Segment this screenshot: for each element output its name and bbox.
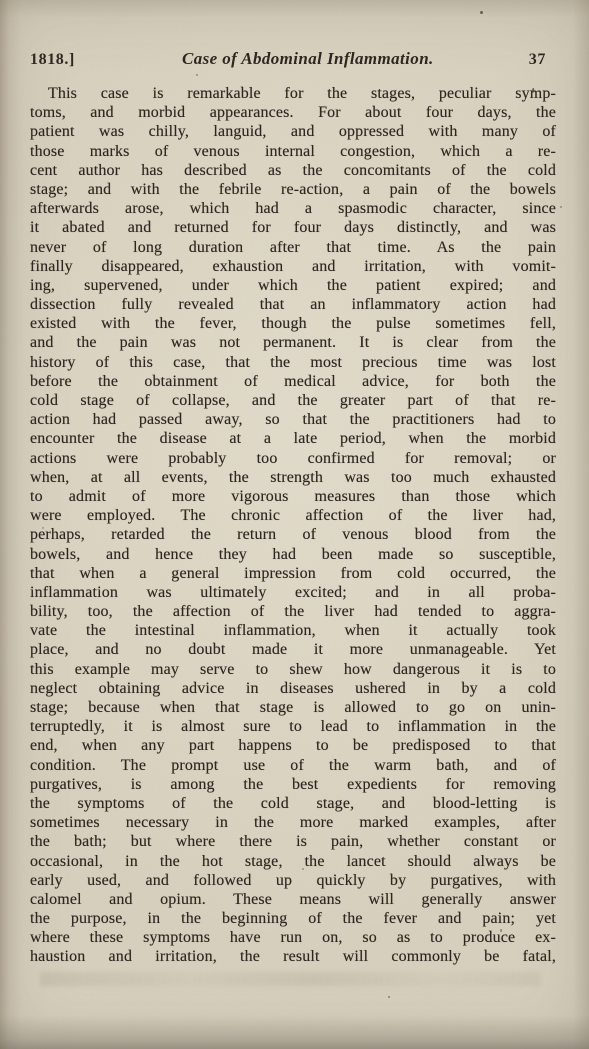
text-line: cold stage of collapse, and the greater … (30, 391, 556, 410)
running-title: Case of Abdominal Inflammation. (182, 49, 434, 69)
text-line: place, and no doubt made it more unmanag… (30, 640, 556, 659)
text-line: ing, supervened, under which the patient… (30, 276, 556, 295)
paper-speck (388, 996, 390, 998)
body-text: This case is remarkable for the stages, … (30, 84, 556, 967)
text-line: never of long duration after that time. … (30, 238, 556, 257)
text-line: actions were probably too confirmed for … (30, 449, 556, 468)
text-line: toms, and morbid appearances. For about … (30, 103, 556, 122)
page-header: 1818.] Case of Abdominal Inflammation. 3… (30, 49, 546, 69)
text-line: that when a general impression from cold… (30, 564, 556, 583)
text-line: this example may serve to shew how dange… (30, 660, 556, 679)
text-line: finally disappeared, exhaustion and irri… (30, 257, 556, 276)
text-line: patient was chilly, languid, and oppress… (30, 122, 556, 141)
paper-speck (560, 206, 562, 208)
text-line: vate the intestinal inflammation, when i… (30, 621, 556, 640)
text-line: This case is remarkable for the stages, … (30, 84, 556, 103)
text-line: it abated and returned for four days dis… (30, 218, 556, 237)
reverse-page-show-through (40, 972, 540, 986)
text-line: end, when any part happens to be predisp… (30, 736, 556, 755)
text-line: calomel and opium. These means will gene… (30, 890, 556, 909)
text-line: sometimes necessary in the more marked e… (30, 813, 556, 832)
text-line: existed with the fever, though the pulse… (30, 314, 556, 333)
text-line: haustion and irritation, the result will… (30, 947, 556, 966)
text-line: encounter the disease at a late period, … (30, 429, 556, 448)
text-line: where these symptoms have run on, so as … (30, 928, 556, 947)
text-line: stage; and with the febrile re-action, a… (30, 180, 556, 199)
text-line: occasional, in the hot stage, the lancet… (30, 852, 556, 871)
text-line: bowels, and hence they had been made so … (30, 545, 556, 564)
text-line: the bath; but where there is pain, wheth… (30, 832, 556, 851)
text-line: bility, too, the affection of the liver … (30, 602, 556, 621)
page-number: 37 (529, 51, 546, 69)
paper-speck (480, 11, 483, 14)
paper-speck (196, 74, 198, 76)
text-line: dissection fully revealed that an inflam… (30, 295, 556, 314)
text-line: and the pain was not permanent. It is cl… (30, 333, 556, 352)
text-line: early used, and followed up quickly by p… (30, 871, 556, 890)
text-line: those marks of venous internal congestio… (30, 142, 556, 161)
text-line: purgatives, is among the best expedients… (30, 775, 556, 794)
text-line: were employed. The chronic affection of … (30, 506, 556, 525)
text-line: before the obtainment of medical advice,… (30, 372, 556, 391)
text-line: history of this case, that the most prec… (30, 353, 556, 372)
text-line: afterwards arose, which had a spasmodic … (30, 199, 556, 218)
text-line: inflammation was ultimately excited; and… (30, 583, 556, 602)
text-line: cent author has described as the concomi… (30, 161, 556, 180)
book-page: 1818.] Case of Abdominal Inflammation. 3… (0, 0, 589, 1049)
text-line: neglect obtaining advice in diseases ush… (30, 679, 556, 698)
text-line: the symptoms of the cold stage, and bloo… (30, 794, 556, 813)
text-line: action had passed away, so that the prac… (30, 410, 556, 429)
text-line: the purpose, in the beginning of the fev… (30, 909, 556, 928)
text-line: terruptedly, it is almost sure to lead t… (30, 717, 556, 736)
header-year-label: 1818.] (30, 51, 75, 69)
text-line: condition. The prompt use of the warm ba… (30, 756, 556, 775)
text-line: to admit of more vigorous measures than … (30, 487, 556, 506)
text-line: stage; because when that stage is allowe… (30, 698, 556, 717)
text-line: perhaps, retarded the return of venous b… (30, 525, 556, 544)
text-line: when, at all events, the strength was to… (30, 468, 556, 487)
